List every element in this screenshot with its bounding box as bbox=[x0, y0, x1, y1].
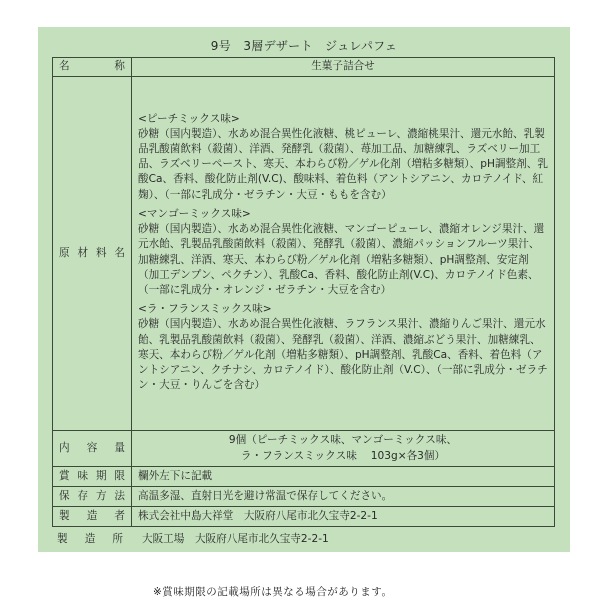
ingredient-text: 砂糖（国内製造）、水あめ混合異性化液糖、桃ピューレ、濃縮桃果汁、還元水飴、乳製品… bbox=[138, 128, 548, 201]
label-storage: 保 存 方 法 bbox=[53, 487, 132, 507]
value-ingredients: <ピーチミックス味> 砂糖（国内製造）、水あめ混合異性化液糖、桃ピューレ、濃縮桃… bbox=[132, 77, 555, 431]
row-contents: 内 容 量 9個（ピーチミックス味、マンゴーミックス味、 ラ・フランスミックス味… bbox=[53, 431, 555, 467]
factory-line: 製 造 所 大阪工場 大阪府八尾市北久宝寺2-2-1 bbox=[52, 531, 555, 546]
ingredient-block-peach: <ピーチミックス味> 砂糖（国内製造）、水あめ混合異性化液糖、桃ピューレ、濃縮桃… bbox=[138, 112, 548, 203]
row-storage: 保 存 方 法 高温多湿、直射日光を避け常温で保存してください。 bbox=[53, 487, 555, 507]
label-name: 名 称 bbox=[53, 58, 132, 77]
flavor-heading: <ピーチミックス味> bbox=[138, 112, 548, 127]
product-title: 9号 3層デザート ジュレパフェ bbox=[38, 37, 570, 54]
label-table: 名 称 生菓子詰合せ 原 材 料 名 <ピーチミックス味> 砂糖（国内製造）、水… bbox=[52, 57, 555, 527]
label-manufacturer: 製 造 者 bbox=[53, 507, 132, 527]
ingredient-block-lafrance: <ラ・フランスミックス味> 砂糖（国内製造）、水あめ混合異性化液糖、ラフランス果… bbox=[138, 302, 548, 393]
flavor-heading: <マンゴーミックス味> bbox=[138, 207, 548, 222]
label-factory: 製 造 所 bbox=[52, 531, 128, 546]
ingredient-text: 砂糖（国内製造）、水あめ混合異性化液糖、ラフランス果汁、濃縮りんご果汁、還元水飴… bbox=[138, 318, 548, 391]
ingredient-text: 砂糖（国内製造）、水あめ混合異性化液糖、マンゴーピューレ、濃縮オレンジ果汁、還元… bbox=[138, 223, 544, 296]
value-name: 生菓子詰合せ bbox=[132, 58, 555, 77]
value-manufacturer: 株式会社中島大祥堂 大阪府八尾市北久宝寺2-2-1 bbox=[132, 507, 555, 527]
flavor-heading: <ラ・フランスミックス味> bbox=[138, 302, 548, 317]
label-expiry: 賞 味 期 限 bbox=[53, 467, 132, 487]
value-factory: 大阪工場 大阪府八尾市北久宝寺2-2-1 bbox=[128, 531, 329, 546]
label-contents: 内 容 量 bbox=[53, 431, 132, 467]
label-ingredients: 原 材 料 名 bbox=[53, 77, 132, 431]
row-expiry: 賞 味 期 限 欄外左下に記載 bbox=[53, 467, 555, 487]
value-contents: 9個（ピーチミックス味、マンゴーミックス味、 ラ・フランスミックス味 103g×… bbox=[132, 431, 555, 467]
value-storage: 高温多湿、直射日光を避け常温で保存してください。 bbox=[132, 487, 555, 507]
row-manufacturer: 製 造 者 株式会社中島大祥堂 大阪府八尾市北久宝寺2-2-1 bbox=[53, 507, 555, 527]
product-label-panel: 9号 3層デザート ジュレパフェ 名 称 生菓子詰合せ 原 材 料 名 bbox=[38, 27, 570, 552]
row-ingredients: 原 材 料 名 <ピーチミックス味> 砂糖（国内製造）、水あめ混合異性化液糖、桃… bbox=[53, 77, 555, 431]
value-expiry: 欄外左下に記載 bbox=[132, 467, 555, 487]
expiry-location-note: ※賞味期限の記載場所は異なる場合があります。 bbox=[153, 584, 392, 599]
ingredient-block-mango: <マンゴーミックス味> 砂糖（国内製造）、水あめ混合異性化液糖、マンゴーピューレ… bbox=[138, 207, 548, 298]
row-name: 名 称 生菓子詰合せ bbox=[53, 58, 555, 77]
